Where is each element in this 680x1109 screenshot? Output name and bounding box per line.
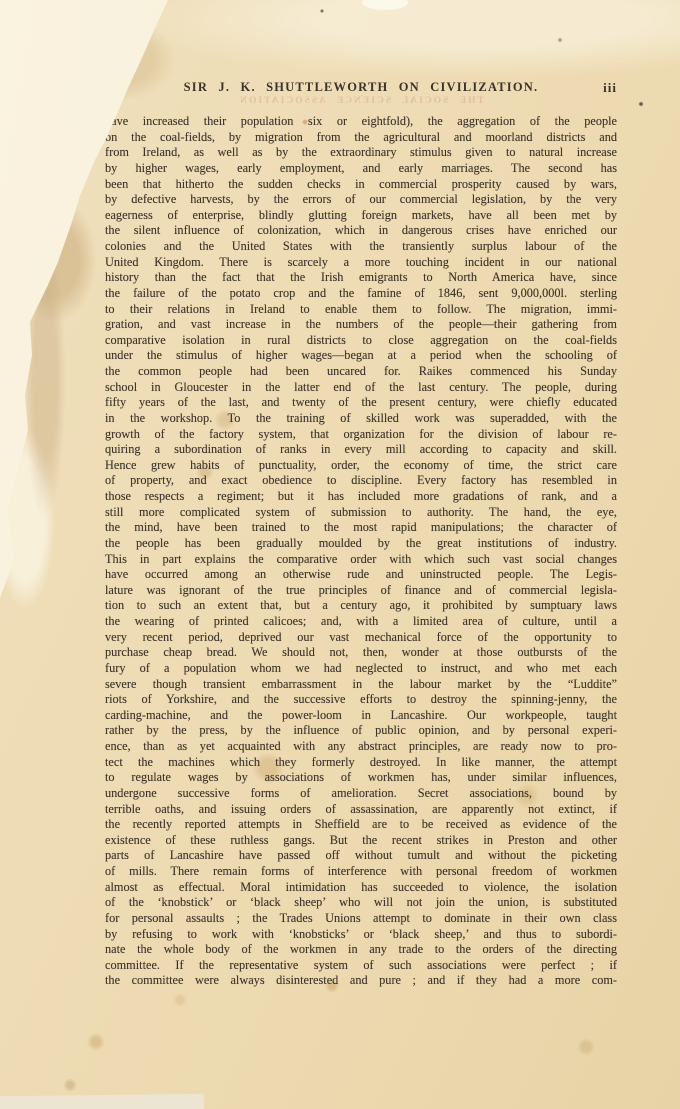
text-line: the committee were always disinterested … [105, 973, 617, 989]
text-line: committee. If the representative system … [105, 958, 617, 974]
text-line: from Ireland, as well as by the extraord… [105, 145, 617, 161]
text-line: still more complicated system of submiss… [105, 505, 617, 521]
text-line: been that hitherto the sudden checks in … [105, 177, 617, 193]
text-line: undergone successive forms of ameliorati… [105, 786, 617, 802]
text-line: the failure of the potato crop and the f… [105, 286, 617, 302]
body-text-block: have increased their population six or e… [105, 114, 617, 989]
page-bottom-edge [0, 1094, 204, 1109]
text-line: under the stimulus of higher wages—began… [105, 348, 617, 364]
text-line: school in Gloucester in the latter end o… [105, 380, 617, 396]
torn-edge-notch [362, 0, 408, 10]
text-line: on the coal-fields, by migration from th… [105, 130, 617, 146]
text-line: tion to such an extent that, but a centu… [105, 598, 617, 614]
text-line: by defective harvests, by the errors of … [105, 192, 617, 208]
text-line: of mills. There remain forms of interfer… [105, 864, 617, 880]
text-line: Hence grew habits of punctuality, order,… [105, 458, 617, 474]
text-line: growth of the factory system, that organ… [105, 427, 617, 443]
text-line: parts of Lancashire have passed off with… [105, 848, 617, 864]
text-line: of property, and exact obedience to disc… [105, 473, 617, 489]
text-line: colonies and the United States with the … [105, 239, 617, 255]
text-line: by refusing to work with ‘knobsticks’ or… [105, 927, 617, 943]
text-line: have occurred among an otherwise rude an… [105, 567, 617, 583]
text-line: have increased their population six or e… [105, 114, 617, 130]
text-line: rather by the press, by the influence of… [105, 723, 617, 739]
text-line: to their relations in Ireland to enable … [105, 302, 617, 318]
text-line: history than the fact that the Irish emi… [105, 270, 617, 286]
text-line: very recent period, deprived our vast me… [105, 630, 617, 646]
scan-background: THE SOCIAL SCIENCE ASSOCIATION SIR J. K.… [0, 0, 680, 1109]
text-line: by higher wages, early employment, and e… [105, 161, 617, 177]
text-line: in the workshop. To the training of skil… [105, 411, 617, 427]
text-line: eagerness of enterprise, blindly gluttin… [105, 208, 617, 224]
text-line: This in part explains the comparative or… [105, 552, 617, 568]
text-line: comparative isolation in rural districts… [105, 333, 617, 349]
text-line: the wearing of printed calicoes; and, wi… [105, 614, 617, 630]
page-header: SIR J. K. SHUTTLEWORTH ON CIVILIZATION. … [105, 80, 617, 95]
text-line: ence, than as yet acquainted with any ab… [105, 739, 617, 755]
text-line: to regulate wages by associations of wor… [105, 770, 617, 786]
text-line: the common people had been uncared for. … [105, 364, 617, 380]
text-line: quiring a subordination of ranks in ever… [105, 442, 617, 458]
text-line: the silent influence of colonization, wh… [105, 223, 617, 239]
text-line: terrible oaths, and issuing orders of as… [105, 802, 617, 818]
text-line: fury of a population whom we had neglect… [105, 661, 617, 677]
text-line: tect the machines which they formerly de… [105, 755, 617, 771]
text-line: the recently reported attempts in Sheffi… [105, 817, 617, 833]
text-line: those respects a regiment; but it has in… [105, 489, 617, 505]
text-line: of the ‘knobstick’ or ‘black sheep’ who … [105, 895, 617, 911]
text-line: the mind, have been trained to the most … [105, 520, 617, 536]
scanned-page: THE SOCIAL SCIENCE ASSOCIATION SIR J. K.… [0, 0, 680, 1109]
text-line: riots of Yorkshire, and the successive e… [105, 692, 617, 708]
text-line: purchase cheap bread. We should not, the… [105, 645, 617, 661]
text-line: for personal assaults ; the Trades Union… [105, 911, 617, 927]
header-title: SIR J. K. SHUTTLEWORTH ON CIVILIZATION. [184, 80, 539, 94]
text-line: almost as effectual. Moral intimidation … [105, 880, 617, 896]
text-line: carding-machine, and the power-loom in L… [105, 708, 617, 724]
text-line: the people has been gradually moulded by… [105, 536, 617, 552]
text-line: gration, and vast increase in the number… [105, 317, 617, 333]
text-line: nate the whole body of the workmen in an… [105, 942, 617, 958]
text-line: lature was ignorant of the true principl… [105, 583, 617, 599]
text-line: severe though transient embarrassment in… [105, 677, 617, 693]
show-through-text: THE SOCIAL SCIENCE ASSOCIATION [105, 96, 617, 106]
text-line: fifty years of the last, and twenty of t… [105, 395, 617, 411]
page-number: iii [603, 80, 617, 96]
text-line: existence of these ruthless gangs. But t… [105, 833, 617, 849]
text-line: United Kingdom. There is scarcely a more… [105, 255, 617, 271]
